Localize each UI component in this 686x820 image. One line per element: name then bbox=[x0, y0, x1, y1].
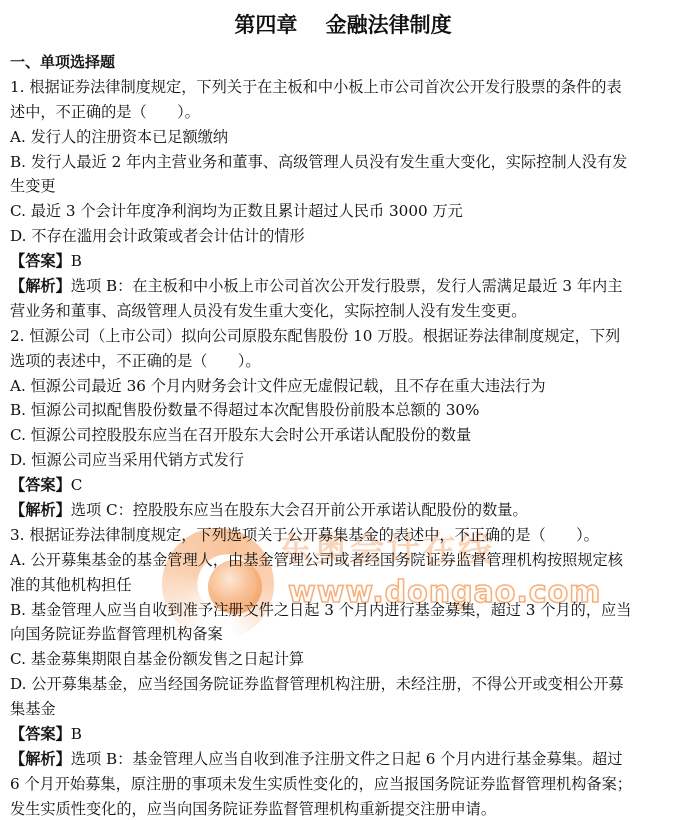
question-stem-line: 述中，不正确的是（ ）。 bbox=[10, 100, 676, 125]
analysis-line: 【解析】选项 B：基金管理人应当自收到准予注册文件之日起 6 个月内进行基金募集… bbox=[10, 747, 676, 772]
analysis-text: 选项 B：在主板和中小板上市公司首次公开发行股票，发行人需满足最近 3 年内主 bbox=[71, 277, 623, 295]
option-d: D. 不存在滥用会计政策或者会计估计的情形 bbox=[10, 224, 676, 249]
option-b-cont: 向国务院证券监督管理机构备案 bbox=[10, 622, 676, 647]
question-stem-line: 1. 根据证券法律制度规定，下列关于在主板和中小板上市公司首次公开发行股票的条件… bbox=[10, 75, 676, 100]
option-d: D. 公开募集基金，应当经国务院证券监督管理机构注册，未经注册，不得公开或变相公… bbox=[10, 672, 676, 697]
analysis-line: 【解析】选项 C：控股股东应当在股东大会召开前公开承诺认配股份的数量。 bbox=[10, 498, 676, 523]
question-3: 3. 根据证券法律制度规定，下列选项关于公开募集基金的表述中，不正确的是（ ）。… bbox=[10, 523, 676, 820]
analysis-text-cont: 6 个月开始募集，原注册的事项未发生实质性变化的，应当报国务院证券监督管理机构备… bbox=[10, 772, 676, 797]
analysis-text: 选项 B：基金管理人应当自收到准予注册文件之日起 6 个月内进行基金募集。超过 bbox=[71, 750, 623, 768]
answer-value: B bbox=[71, 252, 82, 270]
analysis-text: 选项 C：控股股东应当在股东大会召开前公开承诺认配股份的数量。 bbox=[71, 501, 528, 519]
question-1: 1. 根据证券法律制度规定，下列关于在主板和中小板上市公司首次公开发行股票的条件… bbox=[10, 75, 676, 324]
analysis-label: 【解析】 bbox=[10, 501, 71, 519]
option-b: B. 恒源公司拟配售股份数量不得超过本次配售股份前股本总额的 30% bbox=[10, 398, 676, 423]
document-content: 一、单项选择题 1. 根据证券法律制度规定，下列关于在主板和中小板上市公司首次公… bbox=[10, 50, 676, 820]
option-c: C. 最近 3 个会计年度净利润均为正数且累计超过人民币 3000 万元 bbox=[10, 199, 676, 224]
option-a-cont: 准的其他机构担任 bbox=[10, 573, 676, 598]
option-a: A. 发行人的注册资本已足额缴纳 bbox=[10, 125, 676, 150]
section-heading: 一、单项选择题 bbox=[10, 50, 676, 75]
option-c: C. 基金募集期限自基金份额发售之日起计算 bbox=[10, 647, 676, 672]
analysis-text-cont: 发生实质性变化的，应当向国务院证券监督管理机构重新提交注册申请。 bbox=[10, 797, 676, 820]
option-a: A. 恒源公司最近 36 个月内财务会计文件应无虚假记载，且不存在重大违法行为 bbox=[10, 374, 676, 399]
option-b-cont: 生变更 bbox=[10, 174, 676, 199]
answer-label: 【答案】 bbox=[10, 725, 71, 743]
option-d: D. 恒源公司应当采用代销方式发行 bbox=[10, 448, 676, 473]
analysis-text-cont: 营业务和董事、高级管理人员没有发生重大变化，实际控制人没有发生变更。 bbox=[10, 299, 676, 324]
answer-label: 【答案】 bbox=[10, 252, 71, 270]
question-2: 2. 恒源公司（上市公司）拟向公司原股东配售股份 10 万股。根据证券法律制度规… bbox=[10, 324, 676, 523]
answer-line: 【答案】B bbox=[10, 249, 676, 274]
answer-line: 【答案】B bbox=[10, 722, 676, 747]
option-a: A. 公开募集基金的基金管理人，由基金管理公司或者经国务院证券监督管理机构按照规… bbox=[10, 548, 676, 573]
question-stem-line: 选项的表述中，不正确的是（ ）。 bbox=[10, 349, 676, 374]
answer-line: 【答案】C bbox=[10, 473, 676, 498]
analysis-label: 【解析】 bbox=[10, 750, 71, 768]
option-b: B. 基金管理人应当自收到准予注册文件之日起 3 个月内进行基金募集，超过 3 … bbox=[10, 598, 676, 623]
option-d-cont: 集基金 bbox=[10, 697, 676, 722]
chapter-title: 第四章 金融法律制度 bbox=[0, 10, 686, 40]
question-stem-line: 3. 根据证券法律制度规定，下列选项关于公开募集基金的表述中，不正确的是（ ）。 bbox=[10, 523, 676, 548]
answer-label: 【答案】 bbox=[10, 476, 71, 494]
option-c: C. 恒源公司控股股东应当在召开股东大会时公开承诺认配股份的数量 bbox=[10, 423, 676, 448]
analysis-line: 【解析】选项 B：在主板和中小板上市公司首次公开发行股票，发行人需满足最近 3 … bbox=[10, 274, 676, 299]
answer-value: C bbox=[71, 476, 83, 494]
question-stem-line: 2. 恒源公司（上市公司）拟向公司原股东配售股份 10 万股。根据证券法律制度规… bbox=[10, 324, 676, 349]
document-page: 第四章 金融法律制度 东奥会计在线 www.dongao.com 一、单项选择题… bbox=[0, 0, 686, 820]
analysis-label: 【解析】 bbox=[10, 277, 71, 295]
option-b: B. 发行人最近 2 年内主营业务和董事、高级管理人员没有发生重大变化，实际控制… bbox=[10, 150, 676, 175]
answer-value: B bbox=[71, 725, 82, 743]
